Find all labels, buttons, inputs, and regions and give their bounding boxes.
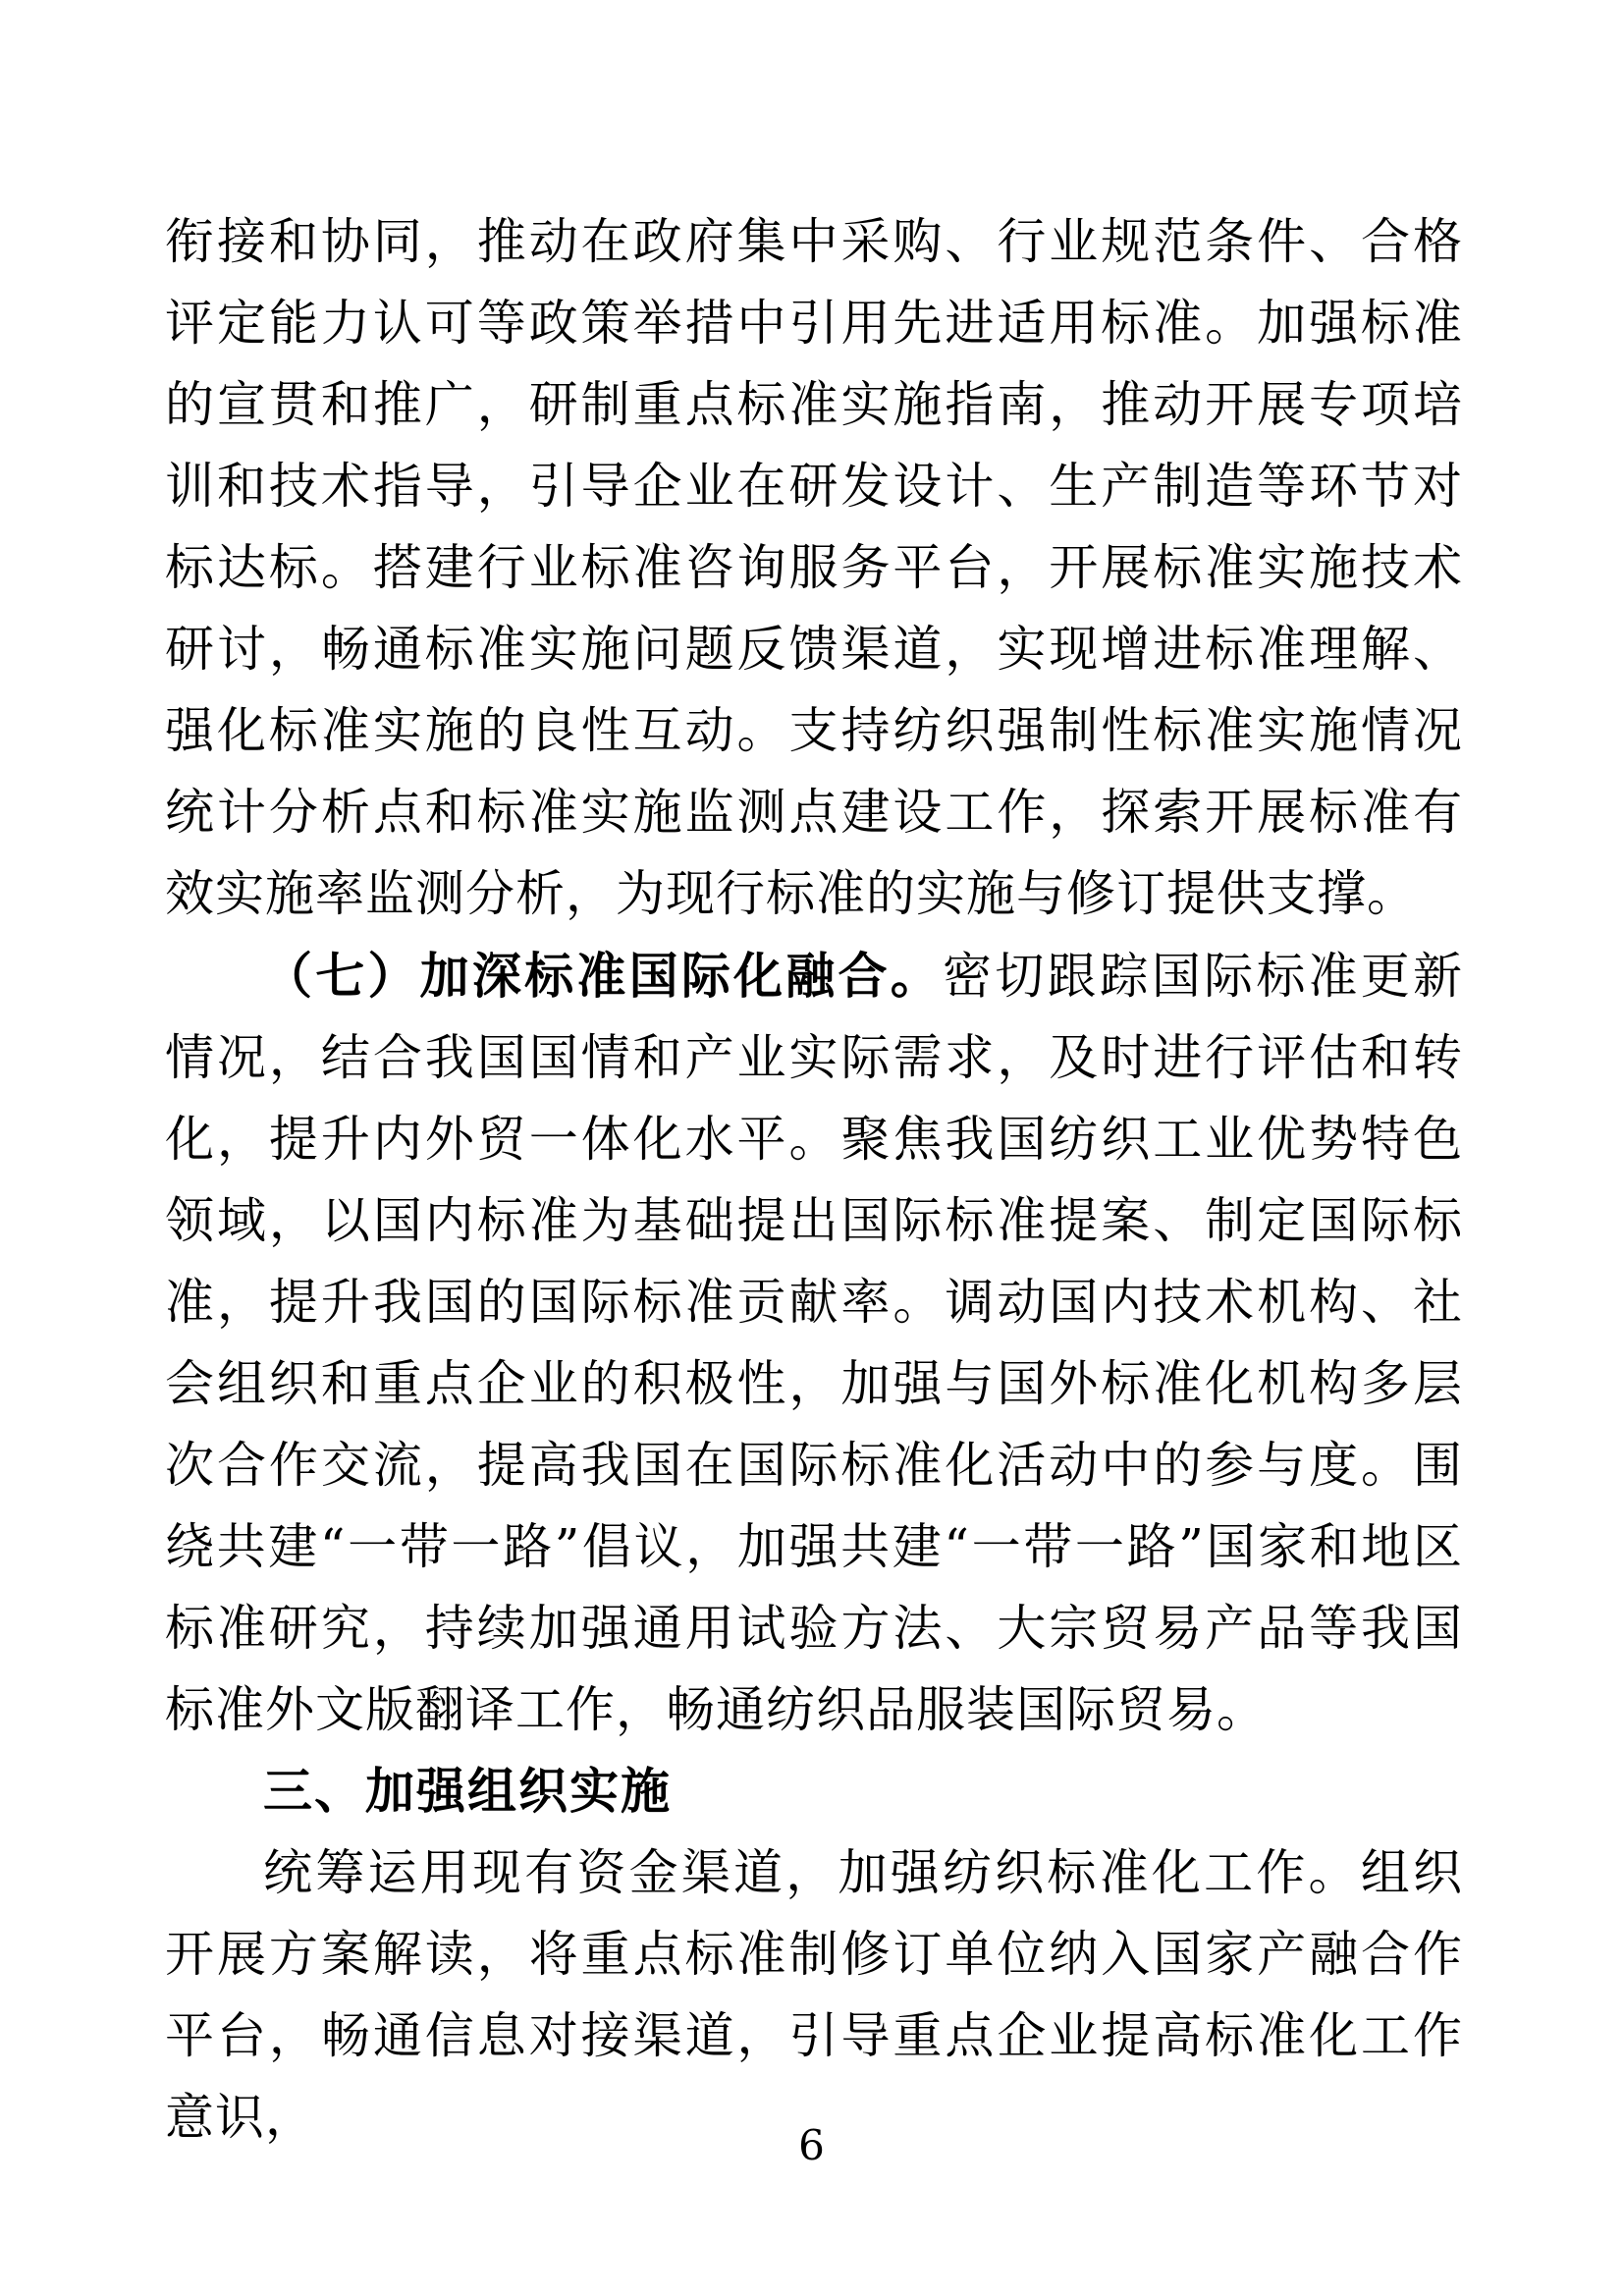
paragraph-organization-implementation: 统筹运用现有资金渠道，加强纺织标准化工作。组织开展方案解读，将重点标准制修订单位… bbox=[165, 1832, 1463, 2159]
section-heading-organization: 三、加强组织实施 bbox=[165, 1751, 1463, 1832]
document-body: 衔接和协同，推动在政府集中采购、行业规范条件、合格评定能力认可等政策举措中引用先… bbox=[165, 201, 1463, 2159]
paragraph-lead-bold: （七）加深标准国际化融合。 bbox=[263, 947, 943, 1005]
paragraph-lead-rest: 密切跟踪国际标准更新情况，结合我国国情和产业实际需求，及时进行评估和转化，提升内… bbox=[165, 948, 1463, 1738]
page-number: 6 bbox=[0, 2121, 1623, 2170]
paragraph-international-integration: （七）加深标准国际化融合。密切跟踪国际标准更新情况，结合我国国情和产业实际需求，… bbox=[165, 935, 1463, 1751]
paragraph-standard-implementation: 衔接和协同，推动在政府集中采购、行业规范条件、合格评定能力认可等政策举措中引用先… bbox=[165, 201, 1463, 935]
document-page: 衔接和协同，推动在政府集中采购、行业规范条件、合格评定能力认可等政策举措中引用先… bbox=[0, 0, 1623, 2296]
